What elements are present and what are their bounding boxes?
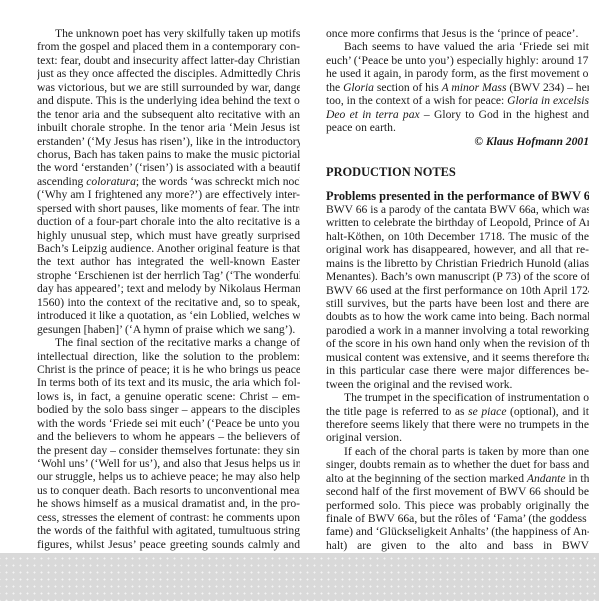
- text-line: BWV 66 is a parody of the cantata BWV 66…: [326, 203, 589, 216]
- text-line: the Gloria section of his A minor Mass (…: [326, 81, 589, 94]
- text-line: 1560) into the context of the recitative…: [37, 296, 300, 309]
- text-line: the text author has integrated the well-…: [37, 255, 300, 268]
- text-line: the tenor aria and the subsequent alto r…: [37, 108, 300, 121]
- text-line: text: fear, doubt and insecurity affect …: [37, 54, 300, 67]
- text-line: Deo et in terra pax – Glory to God in th…: [326, 108, 589, 121]
- text-line: therefore seems likely that there were n…: [326, 418, 589, 431]
- text-line: bodied by the solo bass singer – appears…: [37, 403, 300, 416]
- text-line: halt-Köthen, on 10th December 1718. The …: [326, 230, 589, 243]
- text-line: parodied a work in a manner involving a …: [326, 324, 589, 337]
- text-line: intellectual direction, like the solutio…: [37, 350, 300, 363]
- text-line: written to celebrate the birthday of Leo…: [326, 216, 589, 229]
- copyright-line: © Klaus Hofmann 2001: [326, 135, 589, 148]
- text-line: The trumpet in the specification of inst…: [326, 391, 589, 404]
- text-line: still survives, but the parts have been …: [326, 297, 589, 310]
- text-line: the words of the faithful with agitated,…: [37, 524, 300, 537]
- production-notes-body: BWV 66 is a parody of the cantata BWV 66…: [326, 203, 589, 552]
- text-line: Menantes). Bach’s own manuscript (P 73) …: [326, 270, 589, 283]
- text-line: figures, whilst Jesus’ peace greeting so…: [37, 538, 300, 551]
- text-line: erstanden’ (‘My Jesus has risen’), like …: [37, 135, 300, 148]
- right-column: once more confirms that Jesus is the ‘pr…: [326, 27, 589, 552]
- text-line: spersed with short pauses, like moments …: [37, 202, 300, 215]
- text-line: too, in the context of a wish for peace:…: [326, 94, 589, 107]
- text-line: from the gospel and placed them in a con…: [37, 40, 300, 53]
- text-line: cess, stresses the element of contrast: …: [37, 511, 300, 524]
- subsection-title: Problems presented in the performance of…: [326, 189, 589, 203]
- text-line: lows is, in fact, a genuine operatic sce…: [37, 390, 300, 403]
- text-line: he used it again, in parody form, as the…: [326, 67, 589, 80]
- text-line: The unknown poet has very skilfully take…: [37, 27, 300, 40]
- text-line: original version.: [326, 431, 589, 444]
- text-line: Christ is the prince of peace; it is he …: [37, 363, 300, 376]
- text-line: alto at the beginning of the section mar…: [326, 472, 589, 485]
- text-line: In terms both of its text and its music,…: [37, 376, 300, 389]
- text-line: and the believers to whom he appears – t…: [37, 430, 300, 443]
- text-line: ascending coloratura; the words ‘was sch…: [37, 175, 300, 188]
- text-line: and dispute. This is the underlying idea…: [37, 94, 300, 107]
- text-line: (‘Why am I frightened any more?’) are ef…: [37, 188, 300, 201]
- text-line: the word ‘erstanden’ (‘risen’) is associ…: [37, 161, 300, 174]
- text-line: the present day – consider themselves fo…: [37, 444, 300, 457]
- essay-continuation: once more confirms that Jesus is the ‘pr…: [326, 27, 589, 135]
- text-line: strophe ‘Erschienen ist der herrlich Tag…: [37, 269, 300, 282]
- text-line: just as they once affected the disciples…: [37, 67, 300, 80]
- text-line: with the words ‘Friede sei mit euch’ (‘P…: [37, 417, 300, 430]
- text-line: he shows himself as a musical dramatist …: [37, 497, 300, 510]
- text-line: Bach seems to have valued the aria ‘Frie…: [326, 40, 589, 53]
- text-line: Bach’s Leipzig audience. Another origina…: [37, 242, 300, 255]
- left-column: The unknown poet has very skilfully take…: [37, 27, 300, 565]
- text-line: musical content was extensive, and it se…: [326, 351, 589, 364]
- text-line: doubts as to how the work came into bein…: [326, 310, 589, 323]
- text-line: halt) are given to the alto and bass in …: [326, 539, 589, 552]
- text-line: day has appeared’; text and melody by Ni…: [37, 282, 300, 295]
- text-line: was victorious, but we are still surroun…: [37, 81, 300, 94]
- text-line: once more confirms that Jesus is the ‘pr…: [326, 27, 589, 40]
- text-line: in this particular case there were major…: [326, 364, 589, 377]
- text-line: ‘Wohl uns’ (‘Well for us’), and also tha…: [37, 457, 300, 470]
- text-line: The final section of the recitative mark…: [37, 336, 300, 349]
- text-line: peace on earth.: [326, 121, 589, 134]
- text-line: performed solo. This piece was probably …: [326, 499, 589, 512]
- text-line: introduced it like a quotation, as ‘ein …: [37, 309, 300, 322]
- text-line: second half of the first movement of BWV…: [326, 485, 589, 498]
- text-line: us to conquer death. Bach resorts to unc…: [37, 484, 300, 497]
- text-line: If each of the choral parts is taken by …: [326, 445, 589, 458]
- text-line: euch’ (‘Peace be unto you’) especially h…: [326, 54, 589, 67]
- text-line: fame) and ‘Glückseligkeit Anhalts’ (the …: [326, 525, 589, 538]
- text-line: tween the original and the revised work.: [326, 378, 589, 391]
- text-line: highly unusual step, which must have gre…: [37, 229, 300, 242]
- text-line: mains is the libretto by Christian Fried…: [326, 257, 589, 270]
- page-cutoff-overlay: [0, 553, 599, 601]
- text-line: the title page is referred to as se piac…: [326, 405, 589, 418]
- text-line: our struggle, helps us to achieve peace;…: [37, 470, 300, 483]
- text-line: of the score in his own hand only when t…: [326, 337, 589, 350]
- text-line: duction of a four-part chorale into the …: [37, 215, 300, 228]
- text-line: BWV 66 used at the first performance on …: [326, 284, 589, 297]
- text-line: gesungen [haben]’ (‘A hymn of praise whi…: [37, 323, 300, 336]
- text-line: inbuilt chorale strophe. In the tenor ar…: [37, 121, 300, 134]
- text-line: finale of BWV 66a, but the rôles of ‘Fam…: [326, 512, 589, 525]
- text-line: original work has disappeared, however, …: [326, 243, 589, 256]
- section-title: PRODUCTION NOTES: [326, 165, 589, 179]
- text-line: singer, doubts remain as to whether the …: [326, 458, 589, 471]
- text-line: chorus, Bach has taken pains to make the…: [37, 148, 300, 161]
